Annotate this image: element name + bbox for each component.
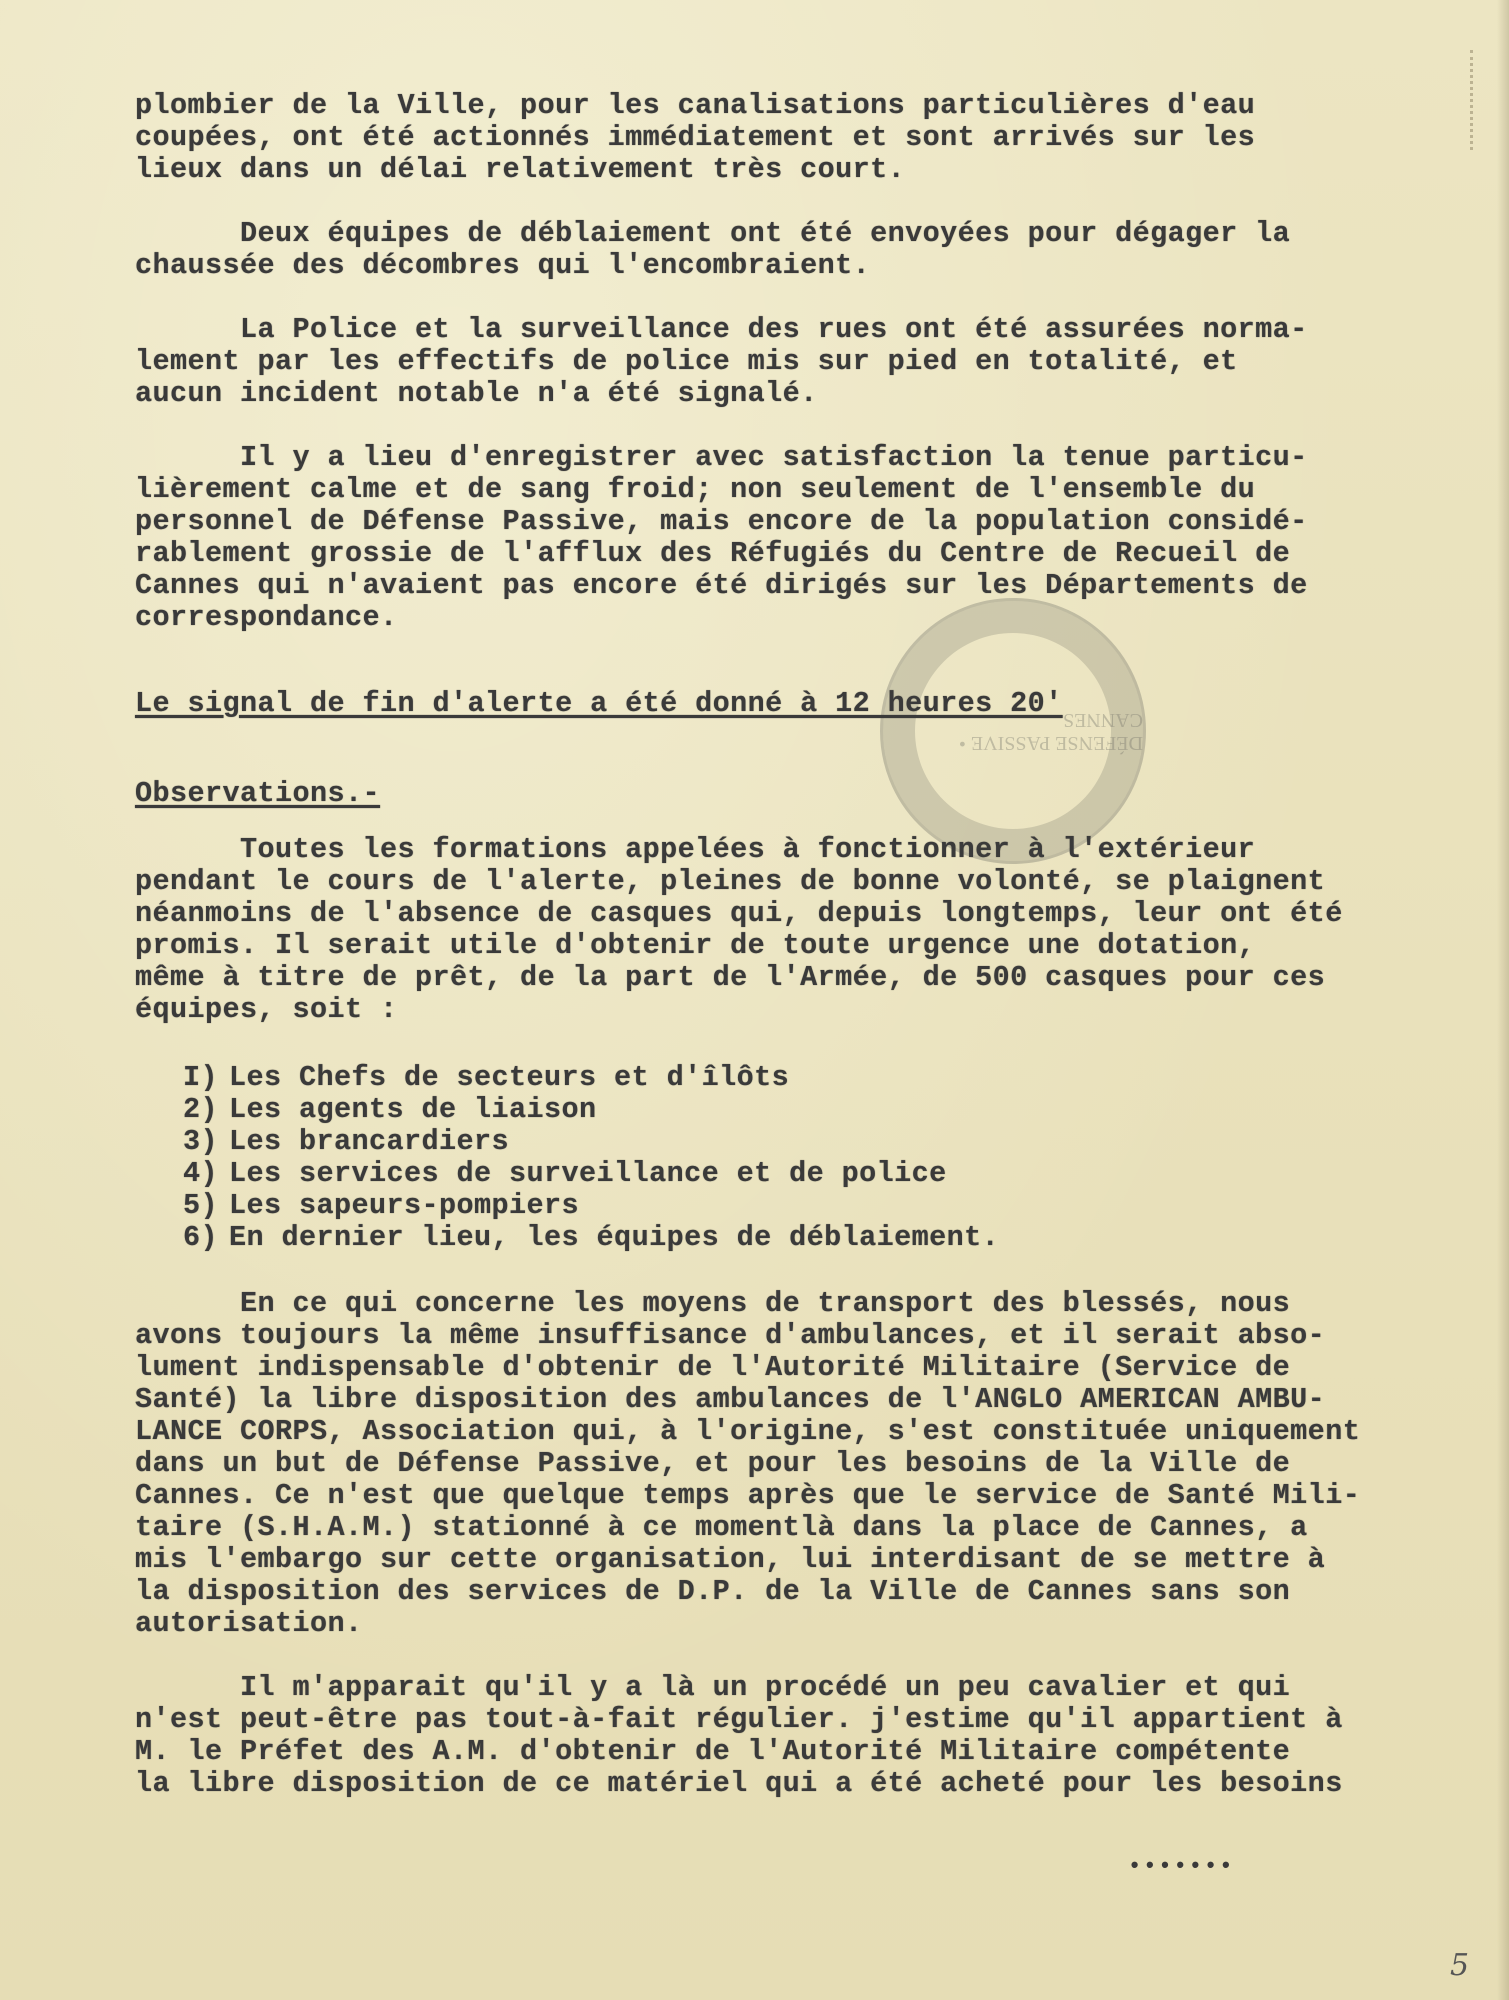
list-item: 2)Les agents de liaison xyxy=(135,1094,1455,1126)
list-item-number: I) xyxy=(183,1062,229,1094)
paragraph-calm-conduct: Il y a lieu d'enregistrer avec satisfact… xyxy=(135,442,1455,634)
text-line: la disposition des services de D.P. de l… xyxy=(135,1576,1455,1608)
list-item: I)Les Chefs de secteurs et d'îlôts xyxy=(135,1062,1455,1094)
list-item-number: 3) xyxy=(183,1126,229,1158)
list-item: 4)Les services de surveillance et de pol… xyxy=(135,1158,1455,1190)
list-item-number: 2) xyxy=(183,1094,229,1126)
text-line: avons toujours la même insuffisance d'am… xyxy=(135,1320,1455,1352)
paragraph-conclusion: Il m'apparait qu'il y a là un procédé un… xyxy=(135,1672,1455,1800)
paragraph-plumbing: plombier de la Ville, pour les canalisat… xyxy=(135,90,1455,186)
text-line: lièrement calme et de sang froid; non se… xyxy=(135,474,1455,506)
text-line: dans un but de Défense Passive, et pour … xyxy=(135,1448,1455,1480)
text-line: La Police et la surveillance des rues on… xyxy=(135,314,1455,346)
text-line: coupées, ont été actionnés immédiatement… xyxy=(135,122,1455,154)
staple-marks xyxy=(1470,50,1479,150)
text-line: correspondance. xyxy=(135,602,1455,634)
helmet-recipients-list: I)Les Chefs de secteurs et d'îlôts2)Les … xyxy=(135,1062,1455,1254)
paragraph-helmets: Toutes les formations appelées à fonctio… xyxy=(135,834,1455,1026)
list-item: 5)Les sapeurs-pompiers xyxy=(135,1190,1455,1222)
text-line: Il m'apparait qu'il y a là un procédé un… xyxy=(135,1672,1455,1704)
text-line: Santé) la libre disposition des ambulanc… xyxy=(135,1384,1455,1416)
text-line: LANCE CORPS, Association qui, à l'origin… xyxy=(135,1416,1455,1448)
text-line: rablement grossie de l'afflux des Réfugi… xyxy=(135,538,1455,570)
text-line: Il y a lieu d'enregistrer avec satisfact… xyxy=(135,442,1455,474)
text-line: promis. Il serait utile d'obtenir de tou… xyxy=(135,930,1455,962)
document-body: plombier de la Ville, pour les canalisat… xyxy=(135,90,1455,1832)
text-line: lieux dans un délai relativement très co… xyxy=(135,154,1455,186)
list-item-text: Les services de surveillance et de polic… xyxy=(229,1157,947,1190)
list-item-number: 4) xyxy=(183,1158,229,1190)
text-line: mis l'embargo sur cette organisation, lu… xyxy=(135,1544,1455,1576)
text-line: Deux équipes de déblaiement ont été envo… xyxy=(135,218,1455,250)
list-item: 3)Les brancardiers xyxy=(135,1126,1455,1158)
list-item-text: Les sapeurs-pompiers xyxy=(229,1189,579,1222)
end-of-alert-text: Le signal de fin d'alerte a été donné à … xyxy=(135,687,1063,720)
text-line: Cannes qui n'avaient pas encore été diri… xyxy=(135,570,1455,602)
text-line: la libre disposition de ce matériel qui … xyxy=(135,1768,1455,1800)
observations-heading-text: Observations.- xyxy=(135,777,380,810)
text-line: pendant le cours de l'alerte, pleines de… xyxy=(135,866,1455,898)
text-line: taire (S.H.A.M.) stationné à ce momentlà… xyxy=(135,1512,1455,1544)
text-line: lument indispensable d'obtenir de l'Auto… xyxy=(135,1352,1455,1384)
paragraph-clearing-teams: Deux équipes de déblaiement ont été envo… xyxy=(135,218,1455,282)
list-item-number: 6) xyxy=(183,1222,229,1254)
text-line: personnel de Défense Passive, mais encor… xyxy=(135,506,1455,538)
text-line: n'est peut-être pas tout-à-fait régulier… xyxy=(135,1704,1455,1736)
text-line: Toutes les formations appelées à fonctio… xyxy=(135,834,1455,866)
page-edge-shadow xyxy=(1497,0,1509,2000)
page-number: 5 xyxy=(1450,1948,1469,1983)
text-line: néanmoins de l'absence de casques qui, d… xyxy=(135,898,1455,930)
text-line: plombier de la Ville, pour les canalisat… xyxy=(135,90,1455,122)
text-line: En ce qui concerne les moyens de transpo… xyxy=(135,1288,1455,1320)
list-item-text: Les agents de liaison xyxy=(229,1093,597,1126)
text-line: lement par les effectifs de police mis s… xyxy=(135,346,1455,378)
text-line: équipes, soit : xyxy=(135,994,1455,1026)
observations-heading: Observations.- xyxy=(135,778,1455,810)
list-item-number: 5) xyxy=(183,1190,229,1222)
text-line: M. le Préfet des A.M. d'obtenir de l'Aut… xyxy=(135,1736,1455,1768)
continuation-marker: ••••••• xyxy=(1128,1854,1234,1879)
list-item-text: Les brancardiers xyxy=(229,1125,509,1158)
text-line: aucun incident notable n'a été signalé. xyxy=(135,378,1455,410)
text-line: chaussée des décombres qui l'encombraien… xyxy=(135,250,1455,282)
end-of-alert-line: Le signal de fin d'alerte a été donné à … xyxy=(135,688,1455,720)
list-item-text: Les Chefs de secteurs et d'îlôts xyxy=(229,1061,789,1094)
list-item-text: En dernier lieu, les équipes de déblaiem… xyxy=(229,1221,999,1254)
text-line: même à titre de prêt, de la part de l'Ar… xyxy=(135,962,1455,994)
text-line: autorisation. xyxy=(135,1608,1455,1640)
paragraph-ambulances: En ce qui concerne les moyens de transpo… xyxy=(135,1288,1455,1640)
paragraph-police: La Police et la surveillance des rues on… xyxy=(135,314,1455,410)
text-line: Cannes. Ce n'est que quelque temps après… xyxy=(135,1480,1455,1512)
list-item: 6)En dernier lieu, les équipes de déblai… xyxy=(135,1222,1455,1254)
document-page: DÉFENSE PASSIVE • CANNES plombier de la … xyxy=(0,0,1509,2000)
